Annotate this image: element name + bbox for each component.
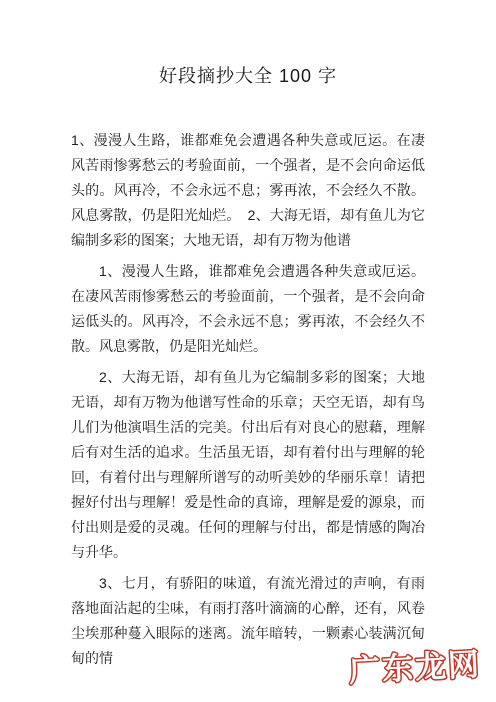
document-body: 1、漫漫人生路，谁都难免会遭遇各种失意或厄运。在凄风苦雨惨雾愁云的考验面前，一个… [71,128,425,671]
paragraph-1: 1、漫漫人生路，谁都难免会遭遇各种失意或厄运。在凄风苦雨惨雾愁云的考验面前，一个… [71,128,425,253]
document-page: 好段摘抄大全 100 字 1、漫漫人生路，谁都难免会遭遇各种失意或厄运。在凄风苦… [0,0,496,702]
paragraph-2: 1、漫漫人生路，谁都难免会遭遇各种失意或厄运。在凄风苦雨惨雾愁云的考验面前，一个… [71,259,425,359]
paragraph-4: 3、七月，有骄阳的味道，有流光滑过的声响，有雨落地面沾起的尘味，有雨打落叶滴滴的… [71,571,425,671]
paragraph-3: 2、大海无语，却有鱼儿为它编制多彩的图案；大地无语，却有万物为他谱写性命的乐章；… [71,365,425,565]
page-title: 好段摘抄大全 100 字 [0,64,496,88]
